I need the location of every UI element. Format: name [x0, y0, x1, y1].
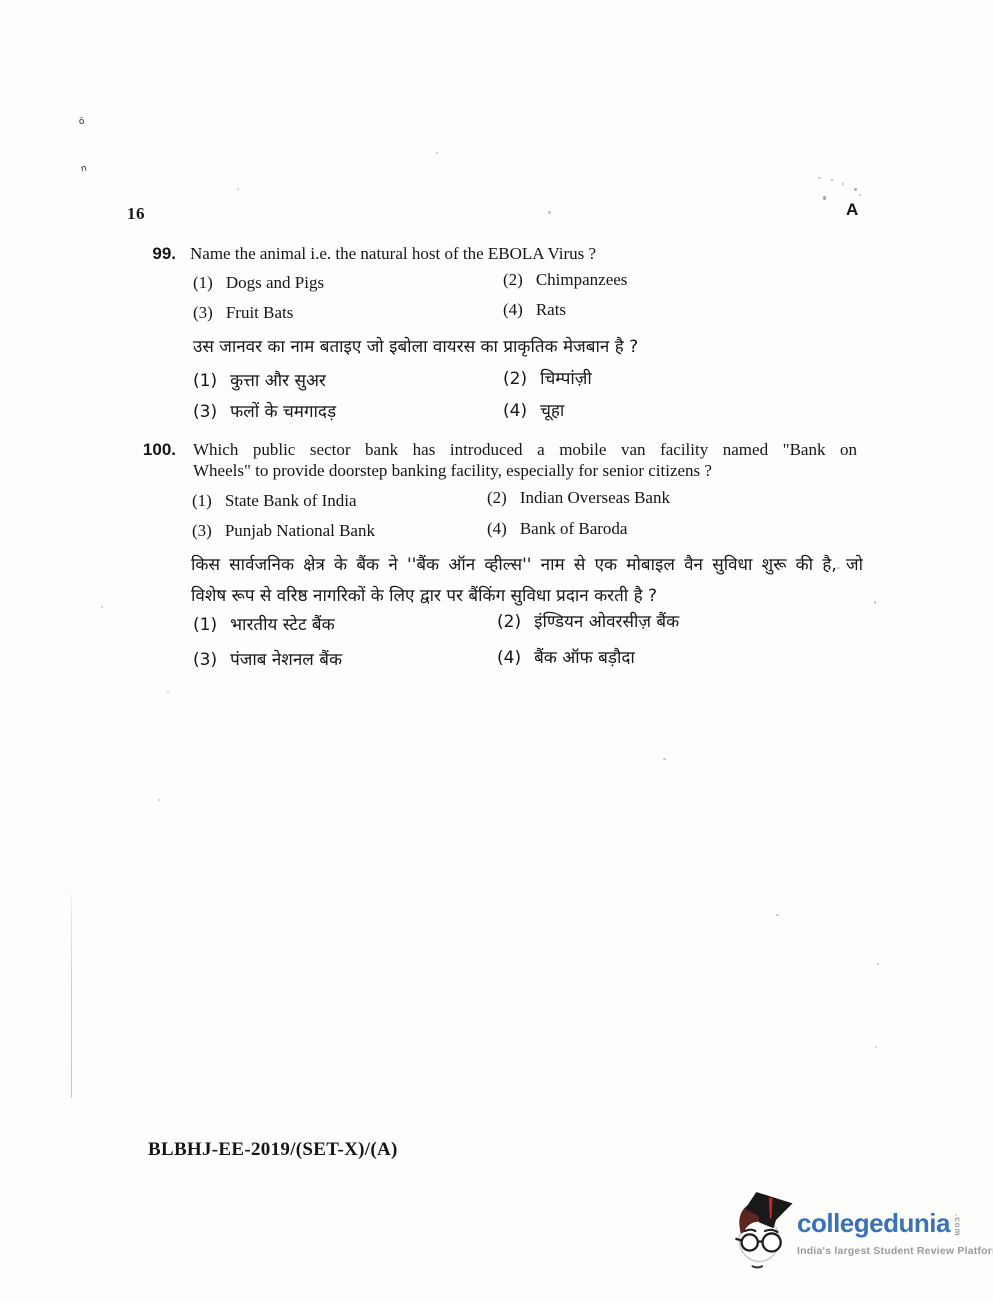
option-label: Punjab National Bank: [225, 521, 375, 540]
scan-speck: [101, 606, 103, 608]
page-number: 16: [127, 204, 145, 224]
question-99-text-hi: उस जानवर का नाम बताइए जो इबोला वायरस का …: [193, 334, 638, 357]
scan-mark: n: [80, 163, 88, 174]
scan-speck: [436, 152, 438, 154]
question-100-option-3-hi: (3)पंजाब नेशनल बैंक: [193, 647, 342, 670]
option-label: चिम्पांज़ी: [540, 369, 592, 389]
scan-mark: ö: [78, 117, 85, 128]
option-number: (2): [503, 270, 523, 290]
scan-speck: [548, 211, 551, 214]
question-99-option-3-hi: (3)फलों के चमगादड़: [193, 399, 336, 422]
scan-speck: [167, 691, 169, 693]
scan-speck: [776, 914, 779, 916]
question-99-option-1-en: (1)Dogs and Pigs: [193, 273, 324, 293]
collegedunia-brand-text: collegedunia: [797, 1208, 950, 1239]
footer-booklet-code: BLBHJ-EE-2019/(SET-X)/(A): [148, 1139, 398, 1161]
set-letter: A: [846, 200, 858, 220]
option-number: (2): [503, 369, 527, 389]
scan-speck: [877, 963, 879, 965]
option-label: फलों के चमगादड़: [230, 402, 336, 422]
option-number: (1): [192, 491, 212, 511]
scan-speck: [874, 601, 876, 604]
option-label: State Bank of India: [225, 491, 357, 510]
option-number: (1): [193, 273, 213, 293]
option-number: (1): [193, 615, 217, 635]
question-99-option-4-hi: (4)चूहा: [503, 398, 564, 421]
option-label: Dogs and Pigs: [226, 273, 324, 292]
option-number: (2): [487, 488, 507, 508]
scan-speck: [663, 758, 666, 760]
question-100-text-en-line1: Which public sector bank has introduced …: [193, 440, 857, 462]
scan-speck: [854, 188, 857, 191]
collegedunia-logo: collegedunia .com India's largest Studen…: [733, 1190, 985, 1275]
option-label: कुत्ता और सुअर: [230, 371, 326, 391]
scan-speck: [237, 188, 239, 190]
scan-speck: [158, 799, 160, 801]
option-label: Bank of Baroda: [520, 519, 628, 538]
option-label: भारतीय स्टेट बैंक: [230, 615, 335, 635]
option-number: (3): [192, 521, 212, 541]
question-99-option-4-en: (4)Rats: [503, 300, 566, 320]
question-99-text-en: Name the animal i.e. the natural host of…: [190, 244, 596, 264]
scan-speck: [831, 179, 833, 181]
scan-fold-line: [71, 893, 72, 1098]
question-99-option-1-hi: (1)कुत्ता और सुअर: [193, 368, 326, 391]
option-number: (4): [503, 401, 527, 421]
question-99-option-2-hi: (2)चिम्पांज़ी: [503, 366, 592, 389]
scan-speck: [859, 194, 861, 196]
option-number: (3): [193, 402, 217, 422]
scan-speck: [875, 1046, 877, 1048]
question-100-text-hi-line1: किस सार्वजनिक क्षेत्र के बैंक ने ''बैंक …: [191, 552, 863, 578]
option-label: पंजाब नेशनल बैंक: [230, 650, 342, 670]
option-number: (1): [193, 371, 217, 391]
option-number: (2): [497, 612, 521, 632]
option-number: (3): [193, 650, 217, 670]
scan-speck: [842, 183, 844, 185]
question-100-option-1-hi: (1)भारतीय स्टेट बैंक: [193, 612, 335, 635]
question-100-option-1-en: (1)State Bank of India: [192, 491, 357, 511]
option-label: Chimpanzees: [536, 270, 628, 289]
question-99-number: 99.: [136, 244, 176, 264]
question-100-option-3-en: (3)Punjab National Bank: [192, 521, 375, 541]
option-label: Rats: [536, 300, 566, 319]
question-100-text-hi-line2: विशेष रूप से वरिष्ठ नागरिकों के लिए द्वा…: [191, 583, 657, 606]
option-number: (4): [503, 300, 523, 320]
question-100-option-2-en: (2)Indian Overseas Bank: [487, 488, 670, 508]
scanned-exam-page: ö n 16 A 99. Name the animal i.e. the na…: [0, 0, 993, 1303]
question-100-option-4-en: (4)Bank of Baroda: [487, 519, 627, 539]
question-100-option-2-hi: (2)इंण्डियन ओवरसीज़ बैंक: [497, 609, 679, 632]
question-99-option-3-en: (3)Fruit Bats: [193, 303, 293, 323]
question-100-number: 100.: [136, 440, 176, 460]
option-number: (4): [487, 519, 507, 539]
option-label: Indian Overseas Bank: [520, 488, 670, 507]
question-100-text-en-line2: Wheels" to provide doorstep banking faci…: [193, 461, 712, 481]
collegedunia-tld-text: .com: [953, 1214, 962, 1237]
collegedunia-mascot-icon: [733, 1192, 795, 1272]
option-label: बैंक ऑफ बड़ौदा: [534, 648, 635, 668]
scan-speck: [818, 177, 821, 179]
collegedunia-tagline: India's largest Student Review Platform: [797, 1245, 993, 1257]
question-100-option-4-hi: (4)बैंक ऑफ बड़ौदा: [497, 645, 635, 668]
scan-speck: [837, 567, 840, 569]
question-99-option-2-en: (2)Chimpanzees: [503, 270, 627, 290]
option-number: (3): [193, 303, 213, 323]
scan-speck: [823, 196, 826, 200]
option-label: चूहा: [540, 401, 564, 421]
option-label: इंण्डियन ओवरसीज़ बैंक: [534, 612, 679, 632]
option-label: Fruit Bats: [226, 303, 294, 322]
option-number: (4): [497, 648, 521, 668]
